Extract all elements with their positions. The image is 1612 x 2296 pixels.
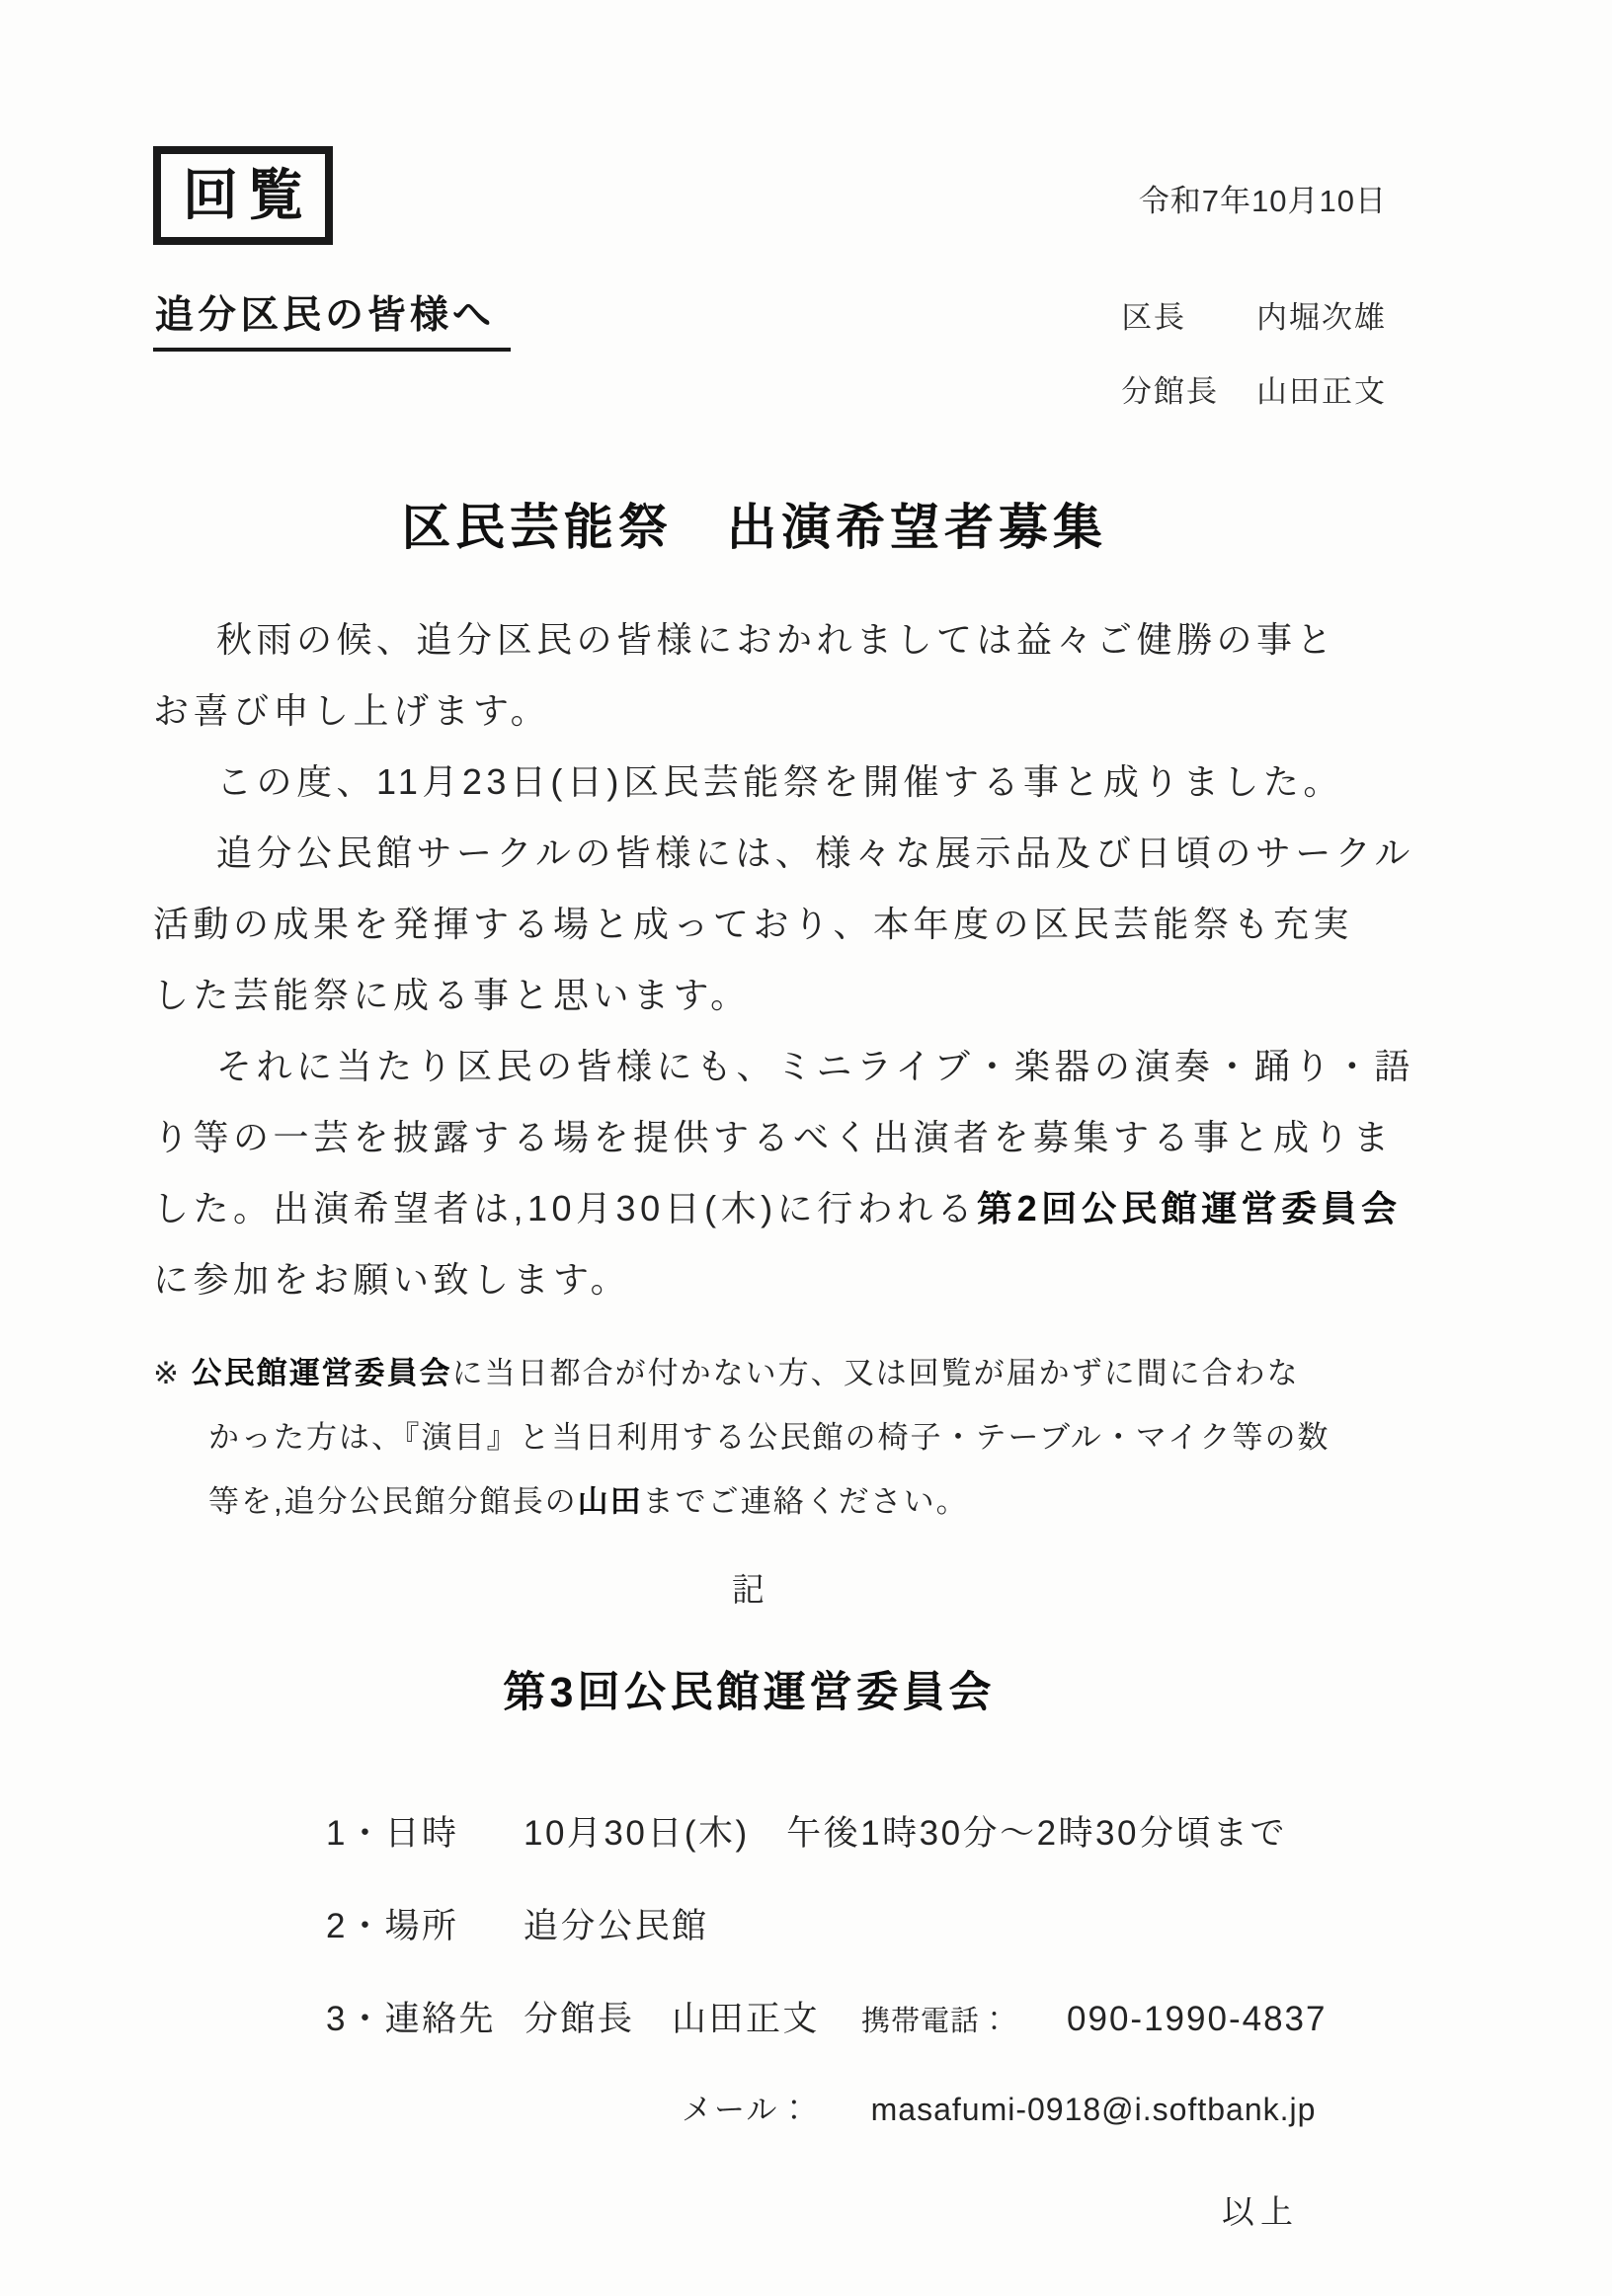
note-line: かった方は、『演目』と当日利用する公民館の椅子・テーブル・マイク等の数 [153, 1405, 1464, 1469]
detail-item-place: 2・場所 追分公民館 [326, 1899, 1464, 1948]
committee-name-emphasis: 第2回公民館運営委員会 [977, 1188, 1402, 1228]
contact-name-emphasis: 山田 [578, 1484, 643, 1519]
note-line: ※ 公民館運営委員会に当日都合が付かない方、又は回覧が届かずに間に合わな [153, 1341, 1464, 1405]
addressee: 追分区民の皆様へ [153, 284, 511, 352]
body-line: した。出演希望者は,10月30日(木)に行われる第2回公民館運営委員会 [153, 1173, 1464, 1244]
kairan-stamp-label: 回覧 [183, 164, 313, 226]
phone-number: 090-1990-4837 [1067, 2000, 1327, 2039]
note-line-segment: に当日都合が付かない方、又は回覧が届かずに間に合わな [452, 1356, 1300, 1390]
body-line-segment: した。出演希望者は,10月30日(木)に行われる [153, 1188, 977, 1228]
body-line: この度、11月23日(日)区民芸能祭を開催する事と成りました。 [153, 747, 1464, 818]
document-date: 令和7年10月10日 [1139, 176, 1387, 220]
closing: 以上 [153, 2186, 1299, 2233]
record-marker: 記 [153, 1567, 1345, 1612]
note-line-segment: までご連絡ください。 [643, 1484, 969, 1519]
body-line: 秋雨の候、追分区民の皆様におかれましては益々ご健勝の事と [153, 604, 1464, 675]
signatory-role: 区長 [1121, 292, 1225, 337]
body-line: 活動の成果を発揮する場と成っており、本年度の区民芸能祭も充実 [153, 889, 1464, 960]
committee-title: 第3回公民館運営委員会 [153, 1659, 1345, 1719]
detail-value: 10月30日(木) 午後1時30分〜2時30分頃まで [524, 1806, 1287, 1856]
address-row: 追分区民の皆様へ 区長 内堀次雄 分館長 山田正文 [153, 284, 1464, 440]
body-line: それに当たり区民の皆様にも、ミニライブ・楽器の演奏・踊り・語 [153, 1031, 1464, 1102]
signatory-row: 分館長 山田正文 [1121, 366, 1387, 411]
detail-item-datetime: 1・日時 10月30日(木) 午後1時30分〜2時30分頃まで [326, 1806, 1464, 1856]
detail-label: 2・場所 [326, 1899, 524, 1948]
signatory-name: 山田正文 [1256, 366, 1387, 411]
detail-value: 分館長 山田正文 [524, 1992, 820, 2041]
body-line: お喜び申し上げます。 [153, 675, 1464, 747]
detail-label: 3・連絡先 [326, 1992, 524, 2041]
email-row: メール： masafumi-0918@i.softbank.jp [326, 2085, 1464, 2129]
body-line: 追分公民館サークルの皆様には、様々な展示品及び日頃のサークル [153, 818, 1464, 889]
details-list: 1・日時 10月30日(木) 午後1時30分〜2時30分頃まで 2・場所 追分公… [326, 1806, 1464, 2129]
document-title: 区民芸能祭 出演希望者募集 [153, 488, 1355, 559]
note-block: ※ 公民館運営委員会に当日都合が付かない方、又は回覧が届かずに間に合わな かった… [153, 1341, 1464, 1534]
document-page: 回覧 令和7年10月10日 追分区民の皆様へ 区長 内堀次雄 分館長 山田正文 … [0, 0, 1612, 2296]
body-line: した芸能祭に成る事と思います。 [153, 960, 1464, 1031]
record-section: 記 第3回公民館運営委員会 [153, 1567, 1345, 1719]
body-line: に参加をお願い致します。 [153, 1244, 1464, 1315]
signatory-role: 分館長 [1121, 366, 1225, 411]
note-line-segment: 等を,追分公民館分館長の [208, 1484, 578, 1519]
committee-name-emphasis: 公民館運営委員会 [192, 1356, 452, 1390]
body-text: 秋雨の候、追分区民の皆様におかれましては益々ご健勝の事と お喜び申し上げます。 … [153, 604, 1464, 1315]
signatory-row: 区長 内堀次雄 [1121, 292, 1387, 337]
phone-label: 携帯電話： [861, 1999, 1009, 2039]
email-address: masafumi-0918@i.softbank.jp [871, 2092, 1317, 2127]
header-row: 回覧 令和7年10月10日 [153, 146, 1464, 245]
body-line: り等の一芸を披露する場を提供するべく出演者を募集する事と成りま [153, 1102, 1464, 1173]
signatory-name: 内堀次雄 [1256, 292, 1387, 337]
detail-item-contact: 3・連絡先 分館長 山田正文 携帯電話： 090-1990-4837 [326, 1992, 1464, 2041]
note-marker: ※ [153, 1356, 192, 1390]
detail-label: 1・日時 [326, 1806, 524, 1856]
detail-value: 追分公民館 [524, 1899, 709, 1948]
kairan-stamp: 回覧 [153, 146, 333, 245]
email-label: メール： [682, 2093, 811, 2127]
signatories: 区長 内堀次雄 分館長 山田正文 [1121, 292, 1387, 440]
note-line: 等を,追分公民館分館長の山田までご連絡ください。 [153, 1469, 1464, 1534]
